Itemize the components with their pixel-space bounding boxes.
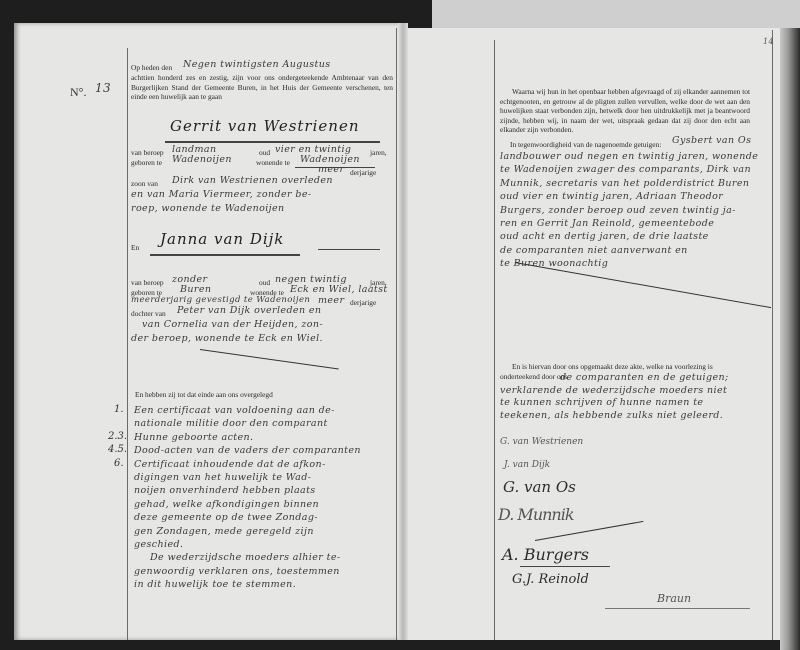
signature-groom: G. van Westrienen <box>500 437 583 447</box>
groom-parents-3: roep, wonende te Wadenoijen <box>131 202 285 216</box>
document-number: 6. <box>114 458 124 469</box>
groom-parents-2: en van Maria Viermeer, zonder be- <box>131 188 312 202</box>
intro-text: achttien honderd zes en zestig, zijn voo… <box>131 73 393 102</box>
bride-majority: meer <box>318 294 344 308</box>
bride-parents-3: der beroep, wonende te Eck en Wiel. <box>131 332 323 346</box>
groom-birthplace: Wadenoijen <box>172 153 232 167</box>
bride-name: Janna van Dijk <box>160 233 284 247</box>
witnesses-label: In tegenwoordigheid van de nagenoemde ge… <box>510 140 661 150</box>
witness-line: te Wadenoijen zwager des comparants, Dir… <box>500 163 751 177</box>
groom-oud-label: oud <box>259 148 270 158</box>
document-line: De wederzijdsche moeders alhier te- <box>150 551 340 565</box>
groom-name: Gerrit van Westrienen <box>170 120 359 134</box>
document-line: Dood-acten van de vaders der comparanten <box>134 444 361 458</box>
document-number: 4.5. <box>108 444 127 455</box>
closing-line: verklarende de wederzijdsche moeders nie… <box>500 384 727 398</box>
official-signature-underline <box>605 608 750 609</box>
signature-witness-1: G. van Os <box>503 478 576 496</box>
document-line: noijen onverhinderd hebben plaats <box>134 484 316 498</box>
document-line: nationale militie door den comparant <box>134 417 328 431</box>
bride-beroep-label: van beroep <box>131 278 164 288</box>
document-line: deze gemeente op de twee Zondag- <box>134 511 318 525</box>
document-number: 2.3. <box>108 431 127 442</box>
closing-line: te kunnen schrijven of hunne namen te <box>500 396 703 410</box>
bride-parents-2: van Cornelia van der Heijden, zon- <box>142 318 323 332</box>
bride-parents-1: Peter van Dijk overleden en <box>177 304 321 318</box>
document-line: geschied. <box>134 538 183 552</box>
right-margin-rule <box>494 40 495 640</box>
marriage-date: Negen twintigsten Augustus <box>183 58 331 72</box>
left-margin-rule <box>127 48 128 640</box>
witness-line: landbouwer oud negen en twintig jaren, w… <box>500 150 758 164</box>
document-line: Hunne geboorte acten. <box>134 431 253 445</box>
groom-parents-1: Dirk van Westrienen overleden <box>172 174 333 188</box>
signature-witness-4: G.J. Reinold <box>512 572 589 587</box>
document-line: in dit huwelijk toe te stemmen. <box>134 578 296 592</box>
bride-name-fillline <box>318 249 380 250</box>
bride-name-underline <box>150 254 300 256</box>
signature-underline <box>520 566 610 567</box>
groom-jarige-label: derjarige <box>350 168 376 178</box>
witness-line: Munnik, secretaris van het polderdistric… <box>500 177 749 191</box>
folio-number: 14 <box>763 35 774 49</box>
witness-line: oud vier en twintig jaren, Adriaan Theod… <box>500 190 723 204</box>
page-stack-edge <box>780 28 800 650</box>
vows-paragraph: Waarna wij hun in het openbaar hebben af… <box>500 87 750 135</box>
right-outer-rule <box>772 30 773 640</box>
documents-heading: En hebben zij tot dat einde aan ons over… <box>135 390 273 400</box>
witness-line: Burgers, zonder beroep oud zeven twintig… <box>500 204 736 218</box>
record-number: 13 <box>95 82 111 96</box>
bride-jarige-label: derjarige <box>350 298 376 308</box>
groom-wonende-label: wonende te <box>256 158 290 168</box>
intro-print: Op heden den <box>131 63 172 73</box>
bride-oud-label: oud <box>259 278 270 288</box>
document-line: Certificaat inhoudende dat de afkon- <box>134 458 326 472</box>
document-line: gen Zondagen, mede geregeld zijn <box>134 525 314 539</box>
closing-line: de comparanten en de getuigen; <box>560 371 729 385</box>
document-line: digingen van het huwelijk te Wad- <box>134 471 311 485</box>
book-spine <box>398 23 408 640</box>
record-number-label: N°. <box>70 85 86 100</box>
witness-line: de comparanten niet aanverwant en <box>500 244 688 258</box>
witness-line: oud acht en dertig jaren, de drie laatst… <box>500 230 709 244</box>
signature-witness-2: D. Munnik <box>498 505 574 524</box>
document-number: 1. <box>114 404 124 415</box>
signature-official: Braun <box>657 592 691 605</box>
witness-first: Gysbert van Os <box>672 134 751 148</box>
groom-beroep-label: van beroep <box>131 148 164 158</box>
background-page-edge <box>432 0 800 30</box>
left-outer-rule <box>396 28 397 640</box>
witness-line: ren en Gerrit Jan Reinold, gemeentebode <box>500 217 714 231</box>
document-line: Een certificaat van voldoening aan de- <box>134 404 335 418</box>
signature-bride: J. van Dijk <box>504 460 550 470</box>
signature-witness-3: A. Burgers <box>502 545 589 564</box>
groom-geboren-label: geboren te <box>131 158 162 168</box>
and-label: En <box>131 243 139 253</box>
document-line: genwoordig verklaren ons, toestemmen <box>134 565 340 579</box>
closing-line: teekenen, als hebbende zulks niet geleer… <box>500 409 723 423</box>
groom-jaren-label: jaren, <box>370 148 387 158</box>
document-line: gehad, welke afkondigingen binnen <box>134 498 319 512</box>
